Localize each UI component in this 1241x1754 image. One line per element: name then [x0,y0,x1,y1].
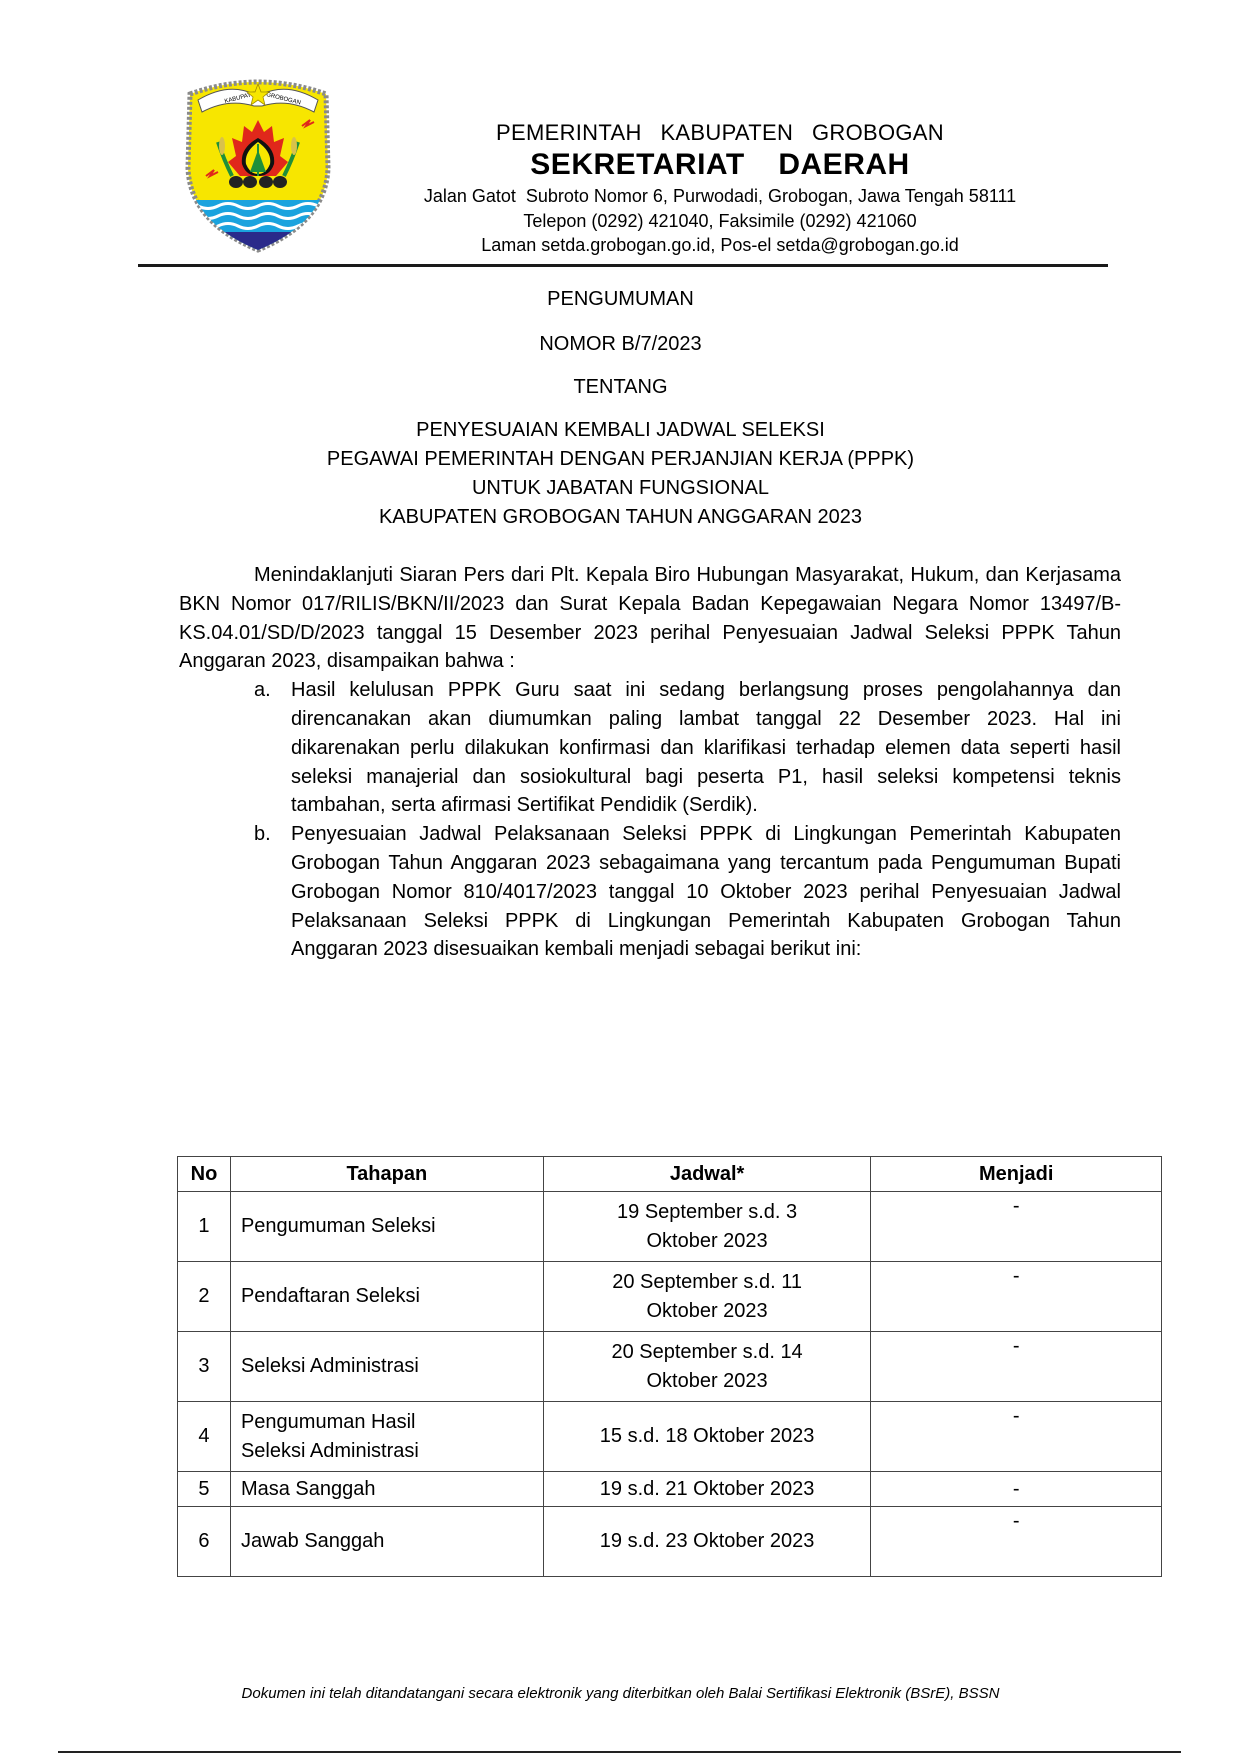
intro-paragraph: Menindaklanjuti Siaran Pers dari Plt. Ke… [179,561,1121,676]
cell-menjadi: - [871,1402,1162,1472]
header-tahapan: Tahapan [230,1157,543,1192]
cell-no: 2 [178,1262,231,1332]
table-row: 1 Pengumuman Seleksi 19 September s.d. 3… [178,1192,1162,1262]
cell-menjadi: - [871,1472,1162,1507]
cell-jadwal: 19 September s.d. 3 Oktober 2023 [543,1192,871,1262]
office-address: Jalan Gatot Subroto Nomor 6, Purwodadi, … [330,186,1110,207]
table-row: 2 Pendaftaran Seleksi 20 September s.d. … [178,1262,1162,1332]
cell-menjadi: - [871,1332,1162,1402]
header-no: No [178,1157,231,1192]
document-type: PENGUMUMAN [0,288,1241,311]
cell-stage: Pengumuman Seleksi [230,1192,543,1262]
document-about-label: TENTANG [0,376,1241,399]
cell-jadwal: 20 September s.d. 11 Oktober 2023 [543,1262,871,1332]
letterhead-divider [138,264,1108,267]
list-item-text: Penyesuaian Jadwal Pelaksanaan Seleksi P… [291,823,1121,960]
cell-stage: Masa Sanggah [230,1472,543,1507]
office-name: SEKRETARIAT DAERAH [330,148,1110,182]
list-marker: a. [254,676,271,705]
cell-stage: Pengumuman Hasil Seleksi Administrasi [230,1402,543,1472]
cell-jadwal: 19 s.d. 21 Oktober 2023 [543,1472,871,1507]
list-item-text: Hasil kelulusan PPPK Guru saat ini sedan… [291,679,1121,816]
cell-no: 3 [178,1332,231,1402]
table-header-row: No Tahapan Jadwal* Menjadi [178,1157,1162,1192]
subject-line: PEGAWAI PEMERINTAH DENGAN PERJANJIAN KER… [0,445,1241,474]
cell-no: 6 [178,1507,231,1577]
cell-no: 4 [178,1402,231,1472]
office-phone: Telepon (0292) 421040, Faksimile (0292) … [330,211,1110,232]
government-name: PEMERINTAH KABUPATEN GROBOGAN [330,120,1110,146]
table-row: 5 Masa Sanggah 19 s.d. 21 Oktober 2023 - [178,1472,1162,1507]
cell-menjadi: - [871,1507,1162,1577]
cell-menjadi: - [871,1262,1162,1332]
header-jadwal: Jadwal* [543,1157,871,1192]
e-signature-note: Dokumen ini telah ditandatangani secara … [0,1685,1241,1702]
table-row: 6 Jawab Sanggah 19 s.d. 23 Oktober 2023 … [178,1507,1162,1577]
footer-divider [58,1751,1181,1753]
announcement-body: Menindaklanjuti Siaran Pers dari Plt. Ke… [179,561,1121,964]
cell-no: 1 [178,1192,231,1262]
cell-no: 5 [178,1472,231,1507]
announcement-points: a. Hasil kelulusan PPPK Guru saat ini se… [179,676,1121,964]
table-row: 3 Seleksi Administrasi 20 September s.d.… [178,1332,1162,1402]
list-marker: b. [254,820,271,849]
cell-jadwal: 19 s.d. 23 Oktober 2023 [543,1507,871,1577]
table-row: 4 Pengumuman Hasil Seleksi Administrasi … [178,1402,1162,1472]
list-item: b. Penyesuaian Jadwal Pelaksanaan Seleks… [179,820,1121,964]
cell-menjadi: - [871,1192,1162,1262]
list-item: a. Hasil kelulusan PPPK Guru saat ini se… [179,676,1121,820]
document-subject: PENYESUAIAN KEMBALI JADWAL SELEKSI PEGAW… [0,416,1241,532]
cell-stage: Jawab Sanggah [230,1507,543,1577]
document-number: NOMOR B/7/2023 [0,333,1241,356]
grobogan-coat-of-arms-icon: KABUPATEN GROBOGAN [178,72,338,254]
schedule-table: No Tahapan Jadwal* Menjadi 1 Pengumuman … [177,1156,1162,1577]
office-web-email: Laman setda.grobogan.go.id, Pos-el setda… [330,235,1110,256]
cell-jadwal: 20 September s.d. 14 Oktober 2023 [543,1332,871,1402]
subject-line: KABUPATEN GROBOGAN TAHUN ANGGARAN 2023 [0,503,1241,532]
subject-line: UNTUK JABATAN FUNGSIONAL [0,474,1241,503]
cell-jadwal: 15 s.d. 18 Oktober 2023 [543,1402,871,1472]
cell-stage: Pendaftaran Seleksi [230,1262,543,1332]
header-menjadi: Menjadi [871,1157,1162,1192]
subject-line: PENYESUAIAN KEMBALI JADWAL SELEKSI [0,416,1241,445]
cell-stage: Seleksi Administrasi [230,1332,543,1402]
